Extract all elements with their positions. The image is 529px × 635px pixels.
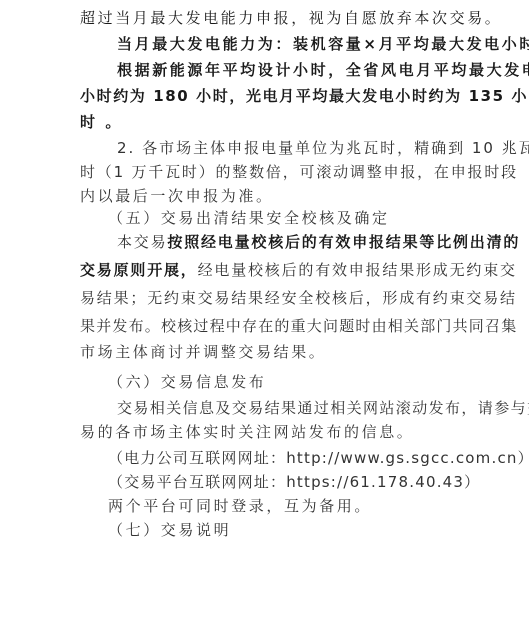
paragraph-line: 交易原则开展，经电量校核后的有效申报结果形成无约束交 (80, 258, 454, 282)
bold-text: 按照经电量校核后的有效申报结果等比例出清的 (167, 233, 520, 251)
paragraph-line: 当月最大发电能力为：装机容量×月平均最大发电小时。 (80, 32, 491, 56)
paragraph-line: 果并发布。校核过程中存在的重大问题时由相关部门共同召集 (80, 314, 454, 338)
section-heading-5: （五）交易出清结果安全校核及确定 (80, 206, 482, 230)
section-heading-7: （七）交易说明 (80, 518, 482, 542)
paragraph-line (80, 570, 454, 594)
bold-text: 交易原则开展， (80, 261, 198, 279)
url-line-trading-platform: （交易平台互联网网址：https://61.178.40.43） (80, 470, 482, 494)
paragraph-line: 超过当月最大发电能力申报，视为自愿放弃本次交易。 (80, 6, 454, 30)
paragraph-line: 小时约为 180 小时，光电月平均最大发电小时约为 135 小 (80, 84, 454, 108)
paragraph-line: 根据新能源年平均设计小时，全省风电月平均最大发电 (80, 58, 491, 82)
section-heading-6: （六）交易信息发布 (80, 370, 482, 394)
paragraph-line: 内以最后一次申报为准。 (80, 184, 454, 208)
paragraph-line: 易结果；无约束交易结果经安全校核后，形成有约束交易结 (80, 286, 454, 310)
paragraph-line: 本交易按照经电量校核后的有效申报结果等比例出清的 (80, 230, 491, 254)
url-line-power-company: （电力公司互联网网址：http://www.gs.sgcc.com.cn） (80, 446, 482, 470)
text: 经电量校核后的有效申报结果形成无约束交 (198, 261, 517, 279)
paragraph-line: 时 。 (80, 110, 454, 134)
paragraph-line: 两个平台可同时登录，互为备用。 (80, 494, 482, 518)
paragraph-line: 交易相关信息及交易结果通过相关网站滚动发布，请参与交 (80, 396, 491, 420)
paragraph-line: 市场主体商讨并调整交易结果。 (80, 340, 454, 364)
paragraph-line: 时（1 万千瓦时）的整数倍，可滚动调整申报，在申报时段 (80, 160, 454, 184)
paragraph-line (80, 596, 454, 620)
paragraph-line (80, 544, 491, 568)
paragraph-line: 2. 各市场主体申报电量单位为兆瓦时，精确到 10 兆瓦 (80, 136, 491, 160)
text-prefix: 本交易 (117, 233, 167, 251)
paragraph-line: 易的各市场主体实时关注网站发布的信息。 (80, 420, 454, 444)
